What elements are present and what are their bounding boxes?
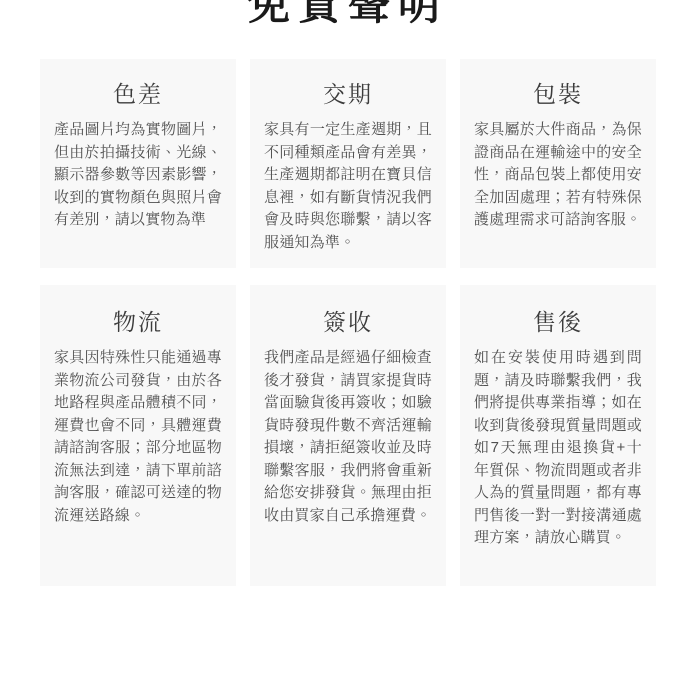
- card-title-logistics: 物流: [54, 311, 222, 334]
- card-delivery-time: 交期 家具有一定生產週期，且不同種類產品會有差異，生產週期都註明在寶貝信息裡，如…: [250, 59, 446, 268]
- card-title-sign-receipt: 簽收: [264, 311, 432, 334]
- card-body-sign-receipt: 我們產品是經過仔細檢查後才發貨，請買家提貨時當面驗貨後再簽收；如驗貨時發現件數不…: [264, 347, 432, 527]
- disclaimer-cards-grid: 色差 產品圖片均為實物圖片，但由於拍攝技術、光線、顯示器參數等因素影響，收到的實…: [40, 59, 656, 586]
- card-title-packaging: 包裝: [474, 83, 642, 106]
- card-sign-receipt: 簽收 我們產品是經過仔細檢查後才發貨，請買家提貨時當面驗貨後再簽收；如驗貨時發現…: [250, 285, 446, 586]
- card-logistics: 物流 家具因特殊性只能通過專業物流公司發貨，由於各地路程與產品體積不同，運費也會…: [40, 285, 236, 586]
- card-body-after-sales: 如在安裝使用時遇到問題，請及時聯繫我們，我們將提供專業指導；如在收到貨後發現質量…: [474, 347, 642, 550]
- card-title-delivery-time: 交期: [264, 83, 432, 106]
- card-body-packaging: 家具屬於大件商品，為保證商品在運輸途中的安全性，商品包裝上都使用安全加固處理；若…: [474, 119, 642, 232]
- card-body-logistics: 家具因特殊性只能通過專業物流公司發貨，由於各地路程與產品體積不同，運費也會不同，…: [54, 347, 222, 527]
- card-body-color-difference: 產品圖片均為實物圖片，但由於拍攝技術、光線、顯示器參數等因素影響，收到的實物顏色…: [54, 119, 222, 232]
- page-title: 免責聲明: [40, 0, 656, 26]
- card-title-after-sales: 售後: [474, 311, 642, 334]
- disclaimer-section: 免責聲明 色差 產品圖片均為實物圖片，但由於拍攝技術、光線、顯示器參數等因素影響…: [0, 0, 679, 700]
- card-after-sales: 售後 如在安裝使用時遇到問題，請及時聯繫我們，我們將提供專業指導；如在收到貨後發…: [460, 285, 656, 586]
- card-body-delivery-time: 家具有一定生產週期，且不同種類產品會有差異，生產週期都註明在寶貝信息裡，如有斷貨…: [264, 119, 432, 254]
- card-color-difference: 色差 產品圖片均為實物圖片，但由於拍攝技術、光線、顯示器參數等因素影響，收到的實…: [40, 59, 236, 268]
- card-packaging: 包裝 家具屬於大件商品，為保證商品在運輸途中的安全性，商品包裝上都使用安全加固處…: [460, 59, 656, 268]
- card-title-color-difference: 色差: [54, 83, 222, 106]
